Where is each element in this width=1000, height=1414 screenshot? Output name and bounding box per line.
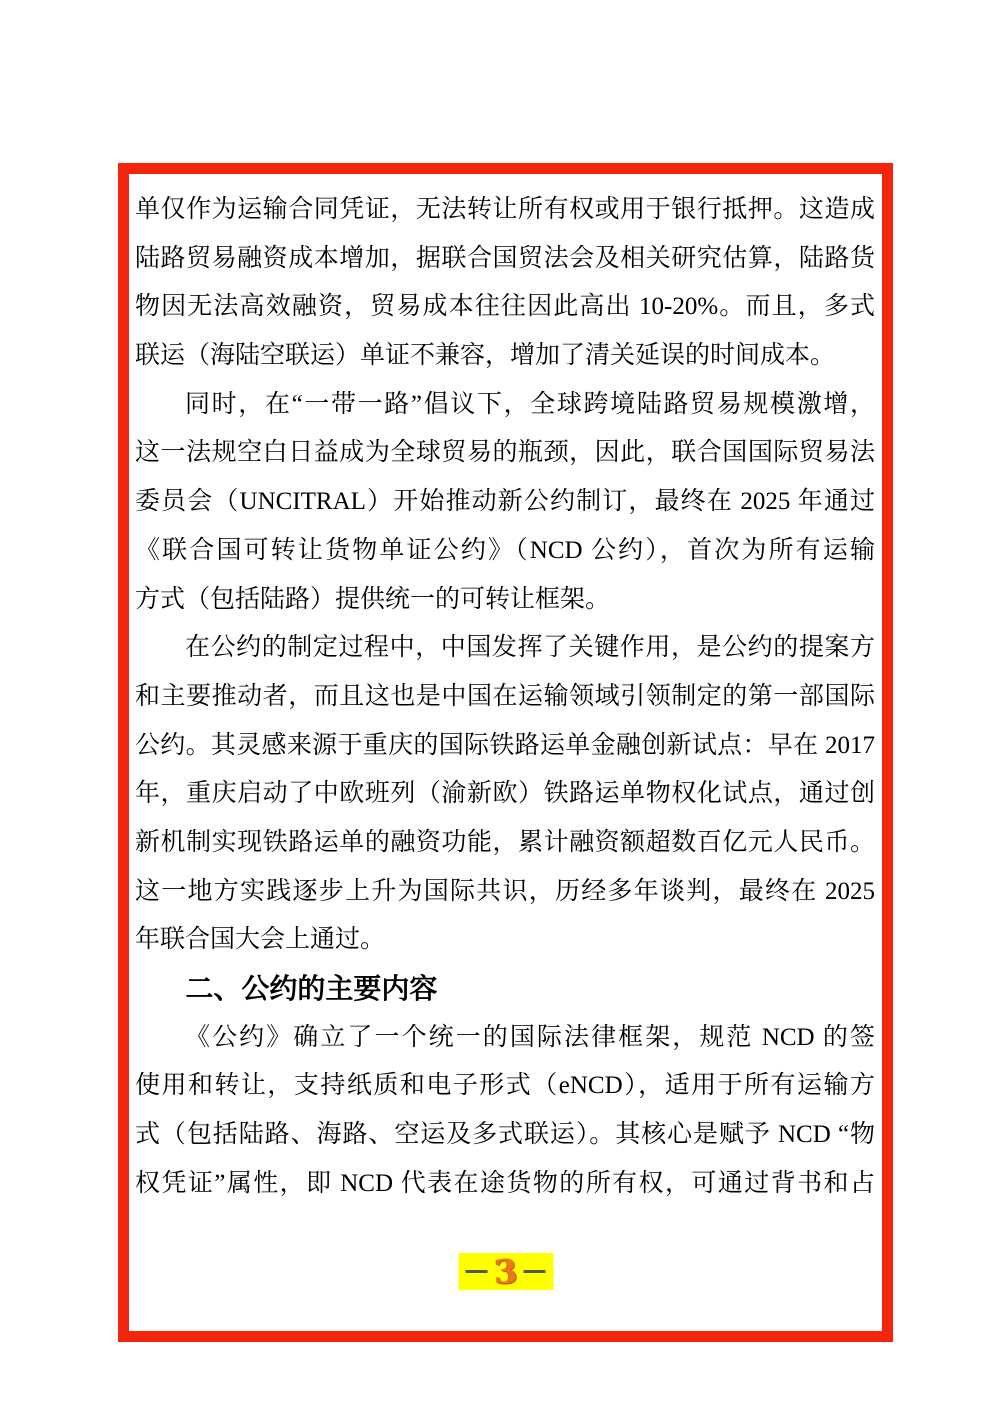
page-number-highlight: 3 [458, 1253, 553, 1290]
text-line: 《公约》确立了一个统一的国际法律框架，规范 NCD 的签发、 [135, 1014, 875, 1063]
text-line: 陆路贸易融资成本增加，据联合国贸法会及相关研究估算，陆路货 [135, 235, 875, 284]
text-line: 物因无法高效融资，贸易成本往往因此高出 10-20%。而且，多式 [135, 283, 875, 332]
text-line: 和主要推动者，而且这也是中国在运输领域引领制定的第一部国际 [135, 673, 875, 722]
text-line: 年联合国大会上通过。 [135, 916, 875, 965]
document-page: 单仅作为运输合同凭证，无法转让所有权或用于银行抵押。这造成陆路贸易融资成本增加，… [0, 0, 1000, 1414]
text-line: 委员会（UNCITRAL）开始推动新公约制订，最终在 2025 年通过 [135, 478, 875, 527]
text-line: 在公约的制定过程中，中国发挥了关键作用，是公约的提案方 [135, 624, 875, 673]
text-line: 式（包括陆路、海路、空运及多式联运）。其核心是赋予 NCD “物 [135, 1111, 875, 1160]
text-line: 这一地方实践逐步上升为国际共识，历经多年谈判，最终在 2025 [135, 868, 875, 917]
page-number-dash-left [465, 1270, 487, 1273]
text-line: 权凭证”属性，即 NCD 代表在途货物的所有权，可通过背书和占 [135, 1160, 875, 1209]
text-line: 单仅作为运输合同凭证，无法转让所有权或用于银行抵押。这造成 [135, 186, 875, 235]
text-line: 公约。其灵感来源于重庆的国际铁路运单金融创新试点：早在 2017 [135, 722, 875, 771]
text-line: 使用和转让，支持纸质和电子形式（eNCD），适用于所有运输方 [135, 1062, 875, 1111]
text-line: 年，重庆启动了中欧班列（渝新欧）铁路运单物权化试点，通过创 [135, 770, 875, 819]
section-heading: 二、公约的主要内容 [135, 965, 875, 1014]
document-body: 单仅作为运输合同凭证，无法转让所有权或用于银行抵押。这造成陆路贸易融资成本增加，… [135, 186, 875, 1208]
text-line: 《联合国可转让货物单证公约》（NCD 公约），首次为所有运输 [135, 527, 875, 576]
text-line: 方式（包括陆路）提供统一的可转让框架。 [135, 576, 875, 625]
text-line: 新机制实现铁路运单的融资功能，累计融资额超数百亿元人民币。 [135, 819, 875, 868]
text-line: 这一法规空白日益成为全球贸易的瓶颈，因此，联合国国际贸易法 [135, 429, 875, 478]
text-line: 联运（海陆空联运）单证不兼容，增加了清关延误的时间成本。 [135, 332, 875, 381]
text-line: 同时，在“一带一路”倡议下，全球跨境陆路贸易规模激增， [135, 381, 875, 430]
page-border-frame: 单仅作为运输合同凭证，无法转让所有权或用于银行抵押。这造成陆路贸易融资成本增加，… [118, 163, 893, 1342]
page-number: 3 [493, 1254, 518, 1289]
page-number-dash-right [524, 1270, 546, 1273]
